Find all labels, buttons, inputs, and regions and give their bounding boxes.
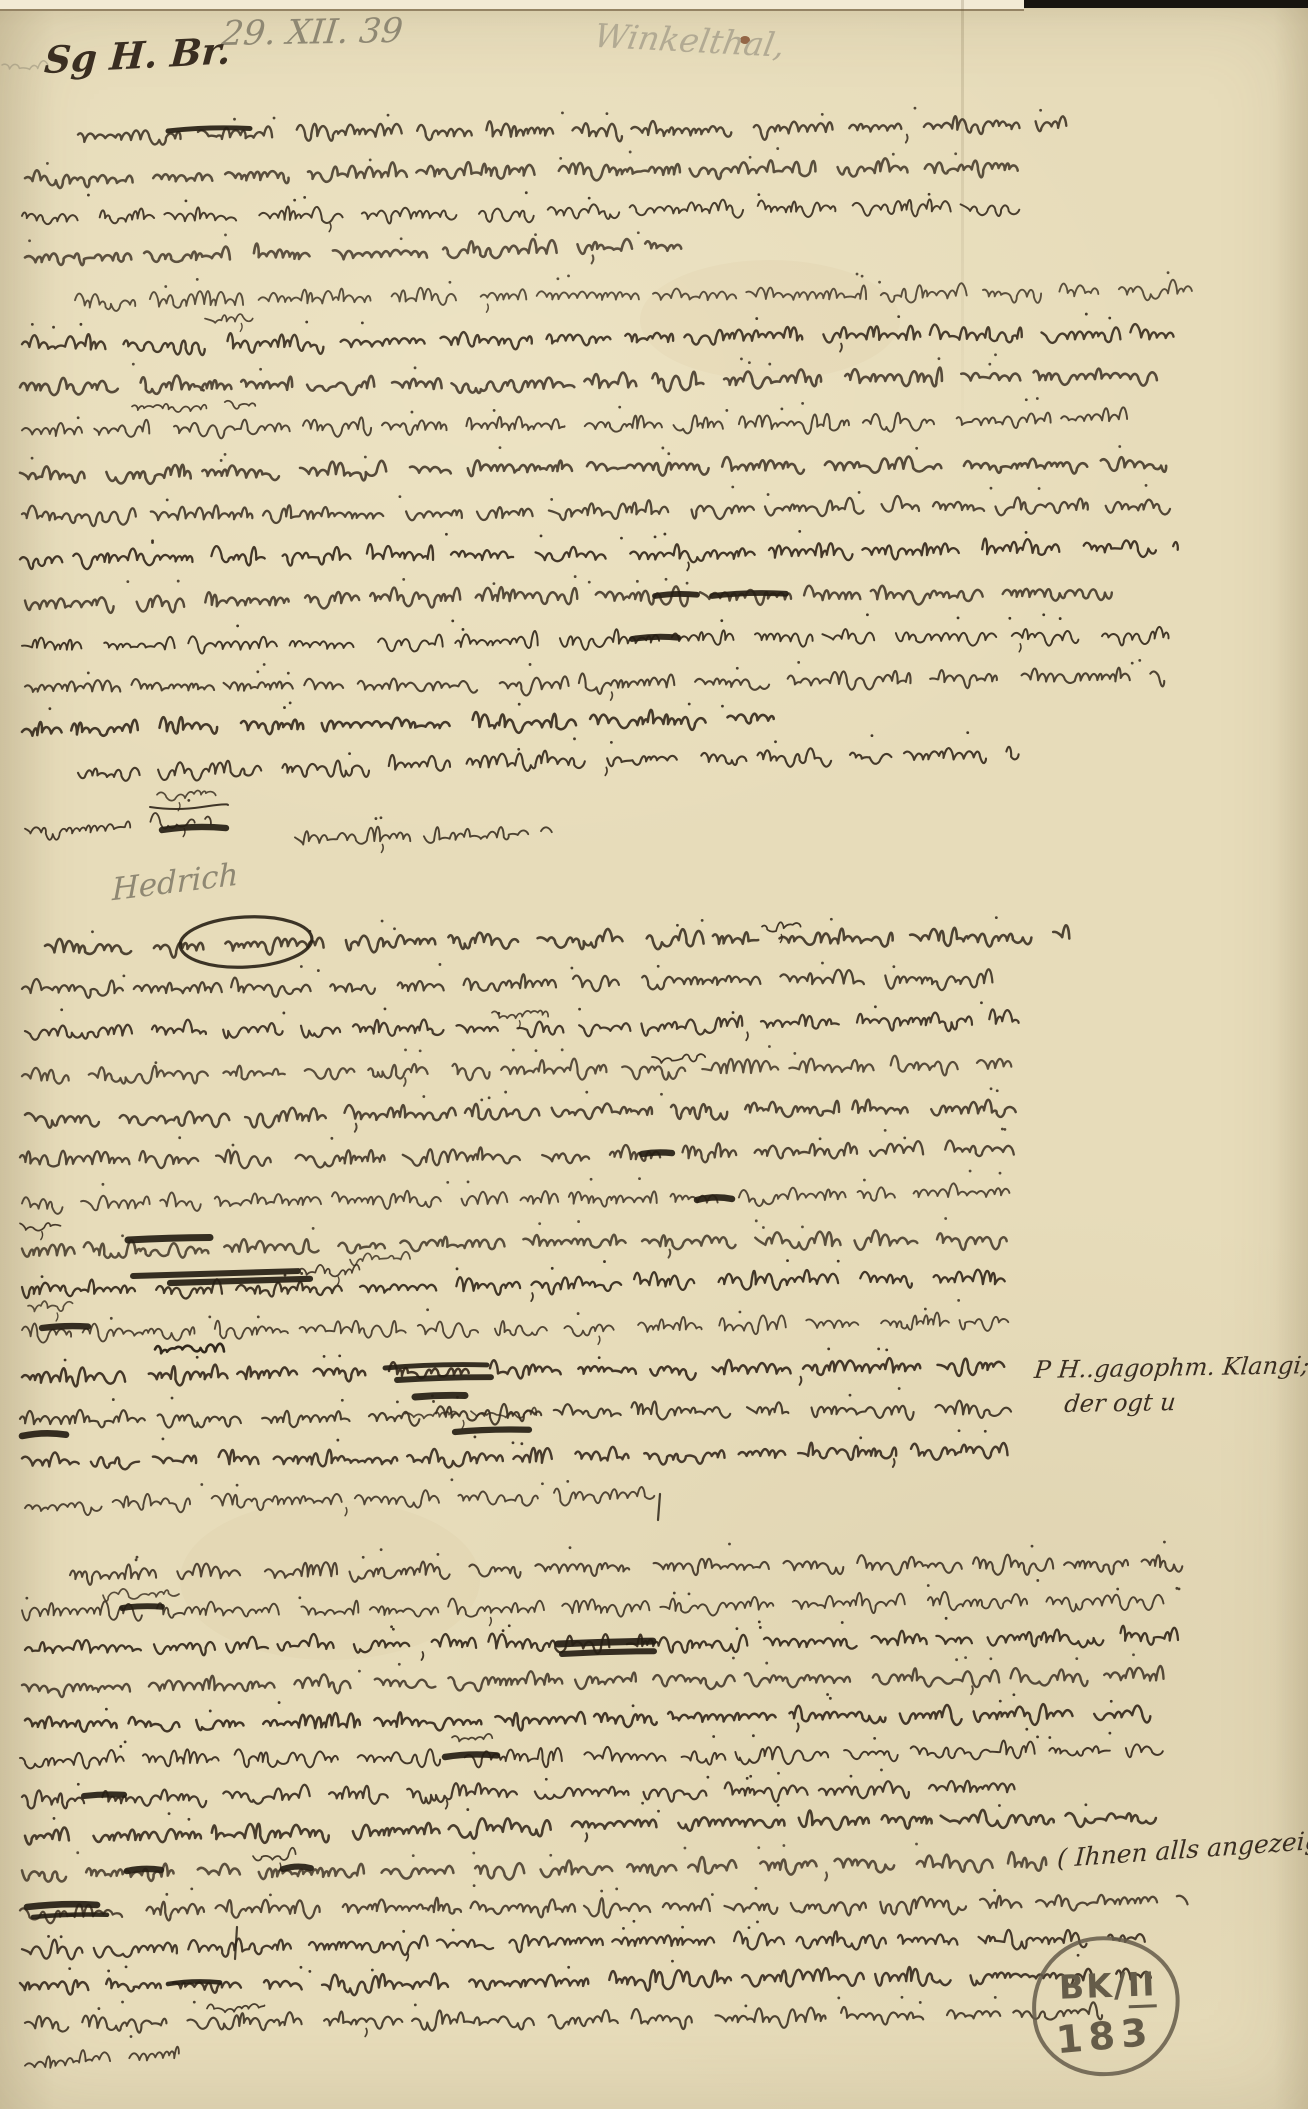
stamp-number: 183 [1054, 2010, 1155, 2062]
margin-note-1-line-2: der ogt u [1063, 1388, 1177, 1418]
stamp-roman-numeral: II [1127, 1964, 1157, 2008]
handwritten-body-text [0, 0, 1308, 2109]
manuscript-page: 29. XII. 39 Winkelthal, Sg H. Br. Hedric… [0, 0, 1308, 2109]
margin-note-1-line-1: P H..gagophm. Klangi; [1033, 1351, 1308, 1384]
date-annotation: 29. XII. 39 [220, 11, 405, 54]
stamp-shelfmark: BK/II [1058, 1964, 1157, 2006]
stamp-prefix: BK/ [1058, 1965, 1128, 2006]
